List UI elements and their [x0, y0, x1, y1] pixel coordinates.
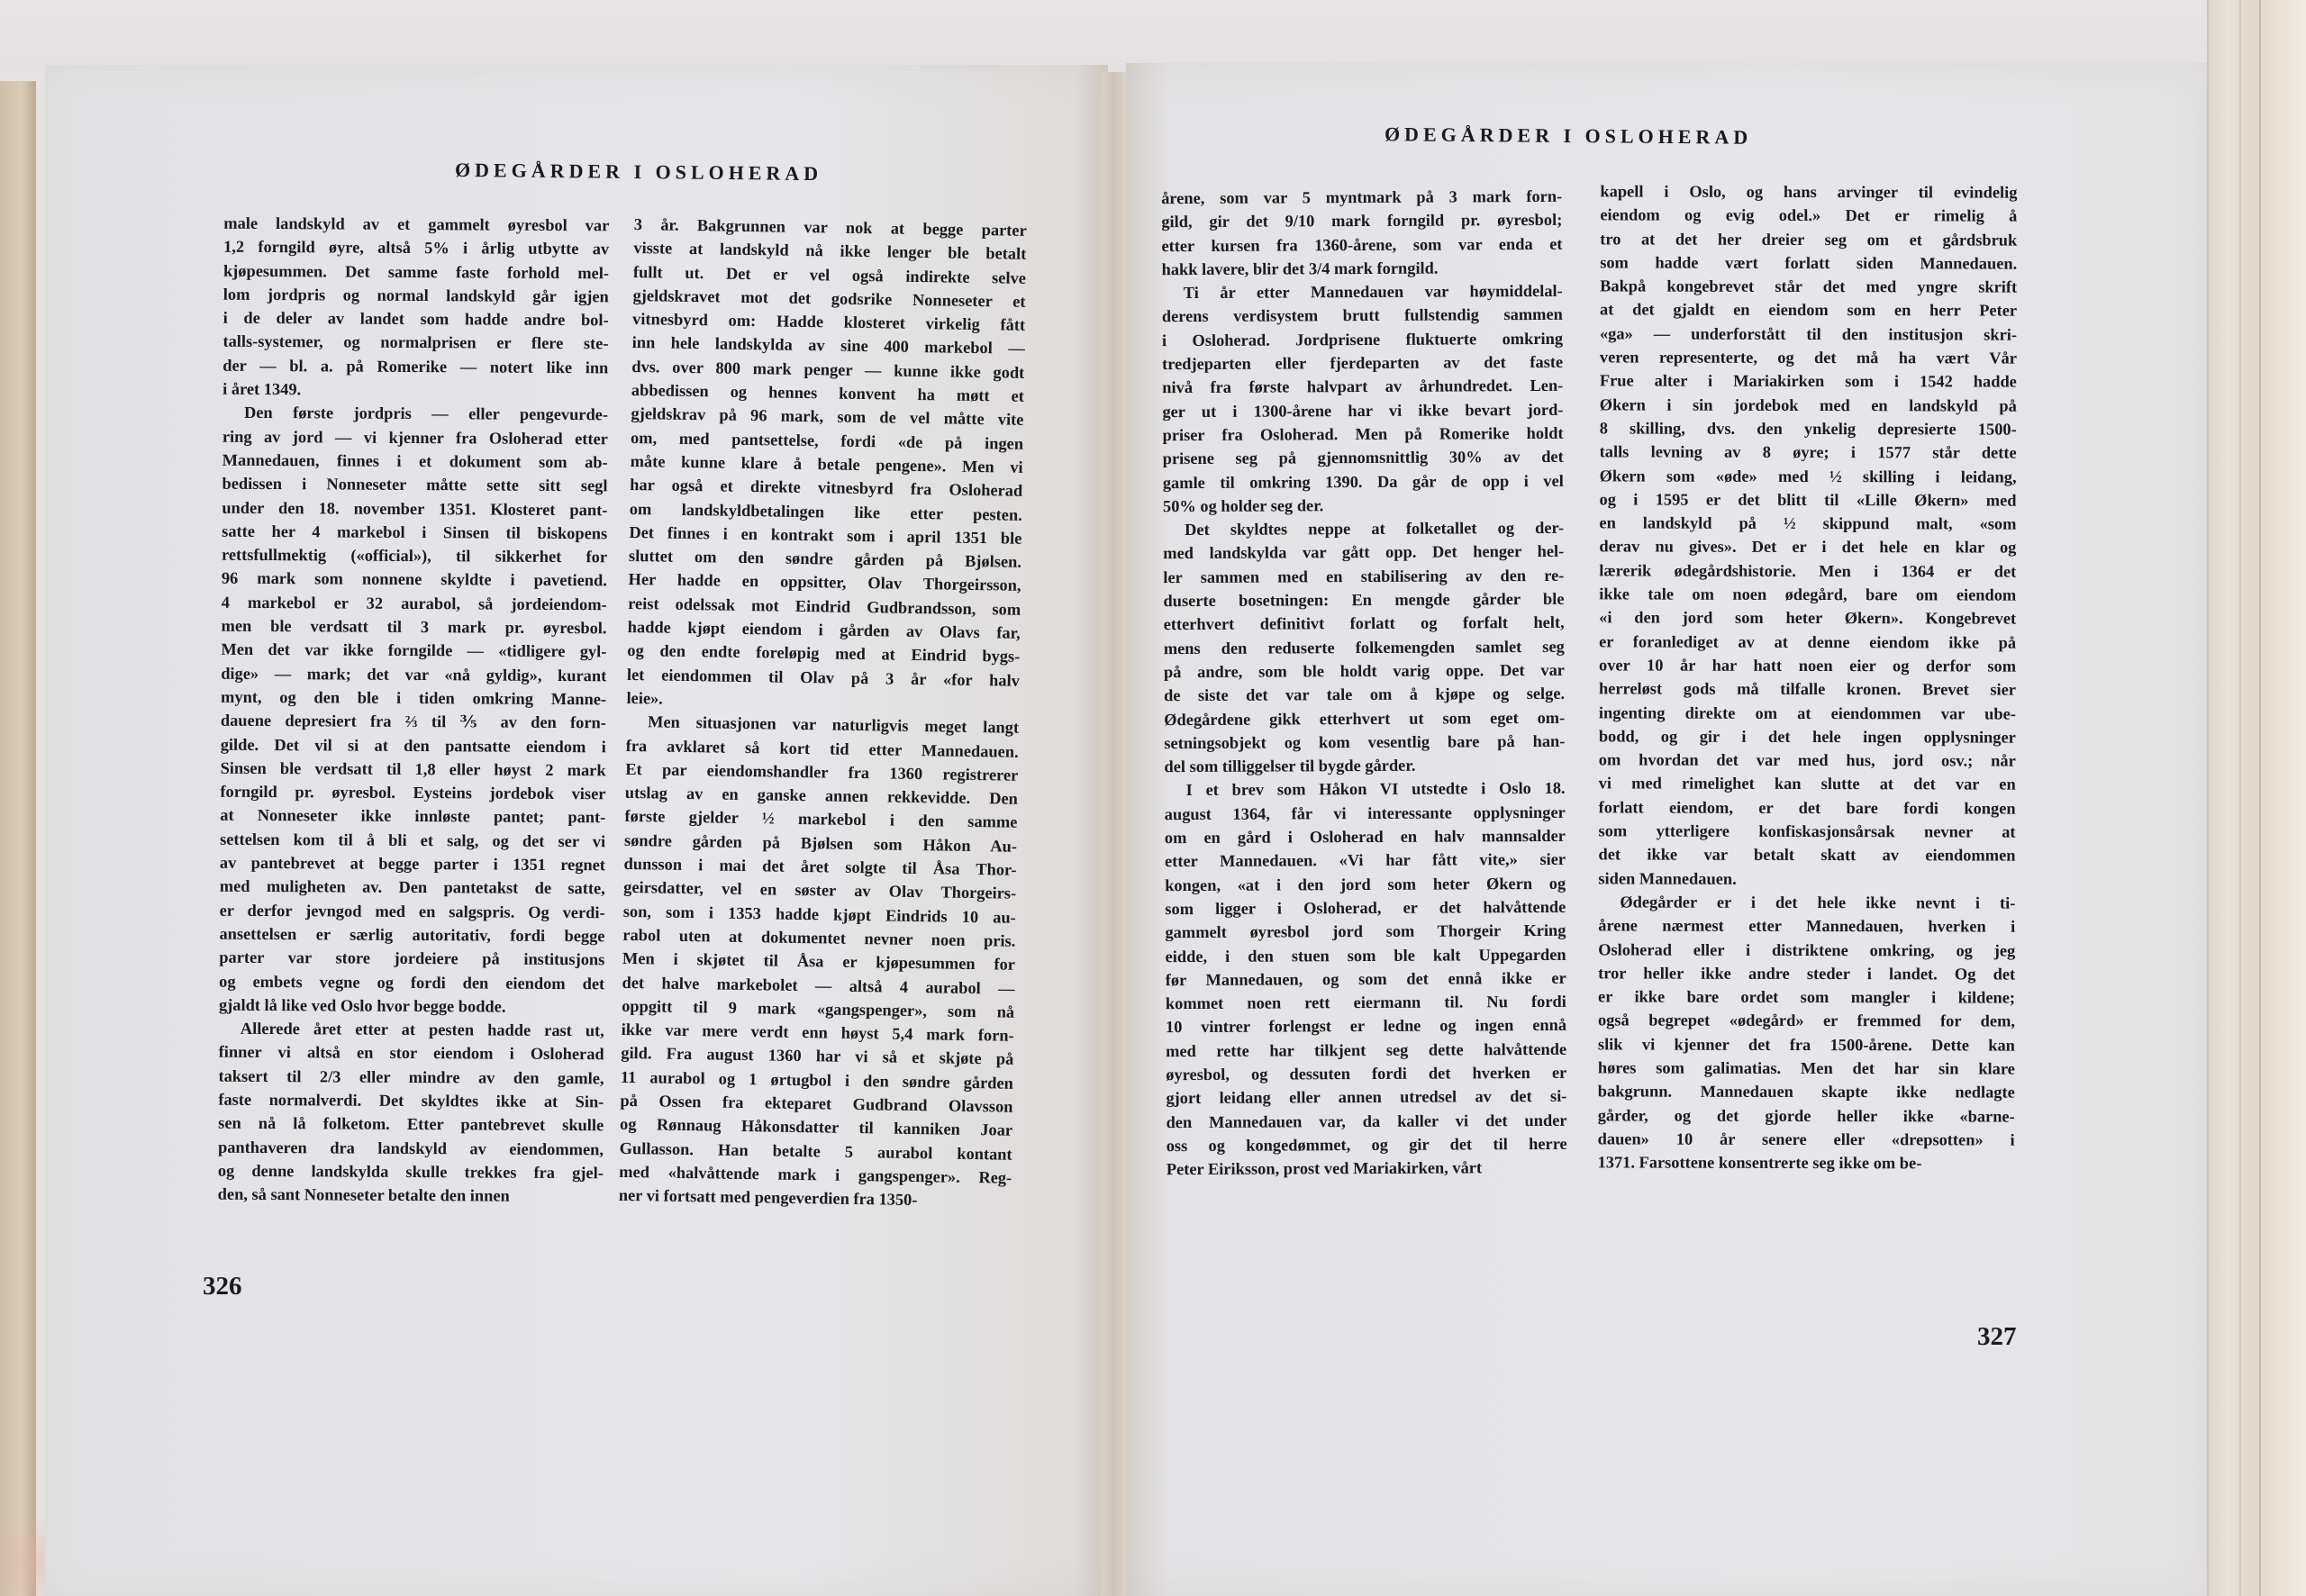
- text-line: årene, som var 5 myntmark på 3 mark forn…: [1161, 185, 1562, 211]
- text-line: lom jordpris og normal landskyld går igj…: [223, 283, 609, 309]
- text-line: Peter Eiriksson, prost ved Mariakirken, …: [1167, 1156, 1567, 1182]
- text-line: dauene depresiert fra ⅔ til ⅗ av den for…: [221, 709, 606, 735]
- page-number-right: 327: [1977, 1322, 2017, 1352]
- paragraph: Ødegårder er i det hele ikke nevnt i ti-…: [1598, 890, 2016, 1175]
- text-line: tredjeparten eller fjerdeparten av det f…: [1162, 350, 1563, 376]
- text-line: Den første jordpris — eller pengevurde-: [222, 401, 608, 427]
- text-line: dauen» 10 år senere eller «drepsotten» i: [1598, 1127, 2015, 1152]
- text-line: i året 1349.: [222, 377, 608, 404]
- text-line: kapell i Oslo, og hans arvinger til evin…: [1600, 179, 2017, 204]
- text-line: siden Mannedauen.: [1598, 866, 2015, 892]
- text-line: forlatt eiendom, er det bare fordi konge…: [1599, 795, 2016, 821]
- text-line: som ligger i Osloherad, er det halvåtten…: [1165, 895, 1566, 921]
- text-line: over 10 år har hatt noen eier og derfor …: [1599, 653, 2016, 678]
- text-line: med rette har tilkjent seg dette halvått…: [1166, 1038, 1566, 1064]
- text-line: lærerik ødegårdshistorie. Men i 1364 er …: [1599, 558, 2016, 584]
- text-line: at det gjaldt en eiendom som en herr Pet…: [1600, 298, 2017, 323]
- text-line: satte her 4 markebol i Sinsen til biskop…: [222, 520, 607, 546]
- text-line: som hadde vært forlatt siden Mannedauen.: [1600, 250, 2017, 276]
- text-line: og embets vegne og fordi den eiendom det: [219, 969, 604, 995]
- paragraph: kapell i Oslo, og hans arvinger til evin…: [1598, 179, 2017, 891]
- text-line: august 1364, får vi interessante opplysn…: [1165, 801, 1566, 827]
- text-line: med muligheten av. Den pantetakst de sat…: [220, 875, 605, 901]
- text-line: veren representerte, og det må ha vært V…: [1600, 345, 2017, 370]
- text-line: Frue alter i Mariakirken som i 1542 hadd…: [1600, 369, 2017, 394]
- text-line: ingenting direkte om at eiendommen var u…: [1599, 701, 2016, 726]
- text-line: der — bl. a. på Romerike — notert like i…: [222, 353, 608, 379]
- book-edge-left: [0, 81, 36, 1596]
- paragraph: Allerede året etter at pesten hadde rast…: [218, 1017, 604, 1209]
- text-line: gamle til omkring 1390. Da går de opp i …: [1163, 468, 1564, 494]
- text-line: priser fra Osloherad. Men på Romerike ho…: [1162, 422, 1563, 448]
- text-line: slik vi kjenner det fra 1500-årene. Dett…: [1598, 1032, 2015, 1057]
- text-line: ansettelsen er særlig autoritativ, fordi…: [219, 922, 604, 948]
- text-line: Ti år etter Mannedauen var høymiddelal-: [1162, 279, 1563, 305]
- text-line: 8 skilling, dvs. den ynkelig depresierte…: [1600, 416, 2017, 441]
- text-line: bodd, og gir i det hele ingen opplysning…: [1599, 724, 2016, 749]
- text-line: 1,2 forngild øyre, altså 5% i årlig utby…: [223, 235, 609, 261]
- text-line: Økern som «øde» med ½ skilling i leidang…: [1600, 464, 2017, 489]
- text-line: med landskylda var gått opp. Det henger …: [1163, 540, 1564, 566]
- text-line: årene nærmest etter Mannedauen, hverken …: [1598, 914, 2015, 939]
- text-line: Mannedauen, finnes i et dokument som ab-: [222, 449, 608, 475]
- text-line: høres som galimatias. Men det har sin kl…: [1598, 1056, 2015, 1081]
- book-edge-right: [2207, 0, 2306, 1596]
- left-page-column-2: 3 år. Bakgrunnen var nok at begge parter…: [619, 213, 1027, 1213]
- text-line: derav nu gives». Det er i det hele en kl…: [1599, 535, 2016, 560]
- right-page-column-2: kapell i Oslo, og hans arvinger til evin…: [1598, 179, 2018, 1175]
- text-line: en landskyld på ½ skippund malt, «som: [1599, 512, 2016, 537]
- text-line: finner vi altså en stor eiendom i Oslohe…: [219, 1040, 604, 1066]
- text-line: I et brev som Håkon VI utstedte i Oslo 1…: [1165, 776, 1566, 803]
- paragraph: male landskyld av et gammelt øyresbol va…: [222, 212, 609, 404]
- text-line: men ble verdsatt til 3 mark pr. øyresbol…: [221, 614, 606, 640]
- text-line: mynt, og den ble i tiden omkring Manne-: [221, 685, 606, 712]
- text-line: male landskyld av et gammelt øyresbol va…: [223, 212, 609, 238]
- text-line: også begrepet «ødegård» er fremmed for d…: [1598, 1009, 2015, 1034]
- text-line: Osloherad eller i distriktene omkring, o…: [1598, 938, 2015, 963]
- text-line: duserte bosetningen: En mengde gårder bl…: [1163, 587, 1564, 613]
- text-line: gilde. Det vil si at den pantsatte eiend…: [221, 732, 606, 758]
- text-line: tror heller ikke andre steder i landet. …: [1598, 961, 2015, 986]
- text-line: oss og kongedømmet, og gir det til herre: [1167, 1132, 1567, 1158]
- text-line: det ikke var betalt skatt av eiendommen: [1598, 843, 2015, 868]
- paragraph: Det skyldtes neppe at folketallet og der…: [1163, 516, 1566, 779]
- text-line: Men det var ikke forngilde — «tidligere …: [221, 638, 606, 664]
- text-line: «ga» — underforstått til den institusjon…: [1600, 322, 2017, 347]
- left-page-column-1: male landskyld av et gammelt øyresbol va…: [218, 212, 610, 1209]
- text-line: 50% og holder seg der.: [1163, 493, 1564, 519]
- page-number-left: 326: [203, 1272, 242, 1301]
- text-line: er derfor jevngod med en salgspris. Og v…: [220, 898, 605, 924]
- text-line: før Mannedauen, og som det ennå ikke er: [1166, 966, 1566, 993]
- text-line: settelsen kom til å bli et salg, og det …: [220, 827, 605, 853]
- running-head-left: ØDEGÅRDER I OSLOHERAD: [455, 159, 822, 186]
- text-line: hakk lavere, blir det 3/4 mark forngild.: [1162, 256, 1563, 282]
- text-line: gjaldt lå like ved Oslo hvor begge bodde…: [219, 993, 604, 1019]
- text-line: bakgrunn. Mannedauen skapte ikke nedlagt…: [1598, 1080, 2015, 1105]
- text-line: de siste det var tale om å kjøpe og selg…: [1164, 682, 1565, 708]
- text-line: rettsfullmektig («official»), til sikker…: [222, 543, 607, 569]
- text-line: herreløst gods må tilfalle kronen. Breve…: [1599, 677, 2016, 703]
- text-line: setningsobjekt og kom vesentlig bare på …: [1164, 730, 1565, 756]
- text-line: Allerede året etter at pesten hadde rast…: [219, 1017, 604, 1043]
- text-line: at Nonneseter ikke innløste pantet; pant…: [220, 803, 605, 830]
- text-line: under den 18. november 1351. Klosteret p…: [222, 495, 607, 521]
- text-line: prisene seg på gjennomsnittlig 30% av de…: [1163, 445, 1564, 471]
- paragraph: I et brev som Håkon VI utstedte i Oslo 1…: [1165, 776, 1567, 1181]
- text-line: gårder, og det gjorde heller ikke «barne…: [1598, 1103, 2015, 1129]
- text-line: øyresbol, og dessuten fordi det hverken …: [1166, 1061, 1566, 1087]
- text-line: del som tilliggelser til bygde gårder.: [1164, 753, 1565, 779]
- text-line: av pantebrevet at begge parter i 1351 re…: [220, 851, 605, 877]
- text-line: sen nå lå folketom. Etter pantebrevet sk…: [218, 1111, 604, 1138]
- text-line: bedissen i Nonneseter måtte sette sitt s…: [222, 472, 607, 498]
- text-line: talls levning av 8 øyre; i 1577 står det…: [1600, 440, 2017, 466]
- book-gutter: [1101, 72, 1128, 1596]
- text-line: 1371. Farsottene konsentrerte seg ikke o…: [1598, 1151, 2015, 1176]
- paragraph: Den første jordpris — eller pengevurde-r…: [219, 401, 608, 1019]
- text-line: 4 markebol er 32 aurabol, så jordeiendom…: [222, 590, 607, 616]
- text-line: gild, gir det 9/10 mark forngild pr. øyr…: [1161, 208, 1562, 234]
- text-line: kongen, «at i den jord som heter Økern o…: [1165, 871, 1566, 897]
- text-line: den, så sant Nonneseter betalte den inne…: [218, 1183, 604, 1209]
- text-line: om en gård i Osloherad en halv mannsalde…: [1165, 824, 1566, 850]
- text-line: og i 1595 er det blitt til «Lille Økern»…: [1599, 487, 2016, 512]
- text-line: taksert til 2/3 eller mindre av den gaml…: [218, 1064, 604, 1090]
- text-line: i Osloherad. Jordprisene fluktuerte omkr…: [1162, 327, 1563, 353]
- text-line: i de deler av landet som hadde andre bol…: [223, 306, 609, 332]
- text-line: og denne landskylda skulle trekkes fra g…: [218, 1159, 604, 1185]
- text-line: Økern i sin jordebok med en landskyld på: [1600, 393, 2017, 418]
- text-line: Det skyldtes neppe at folketallet og der…: [1163, 516, 1564, 542]
- text-line: 10 vintrer forlengst er ledne og ingen e…: [1166, 1013, 1566, 1039]
- text-line: etter kursen fra 1360-årene, som var end…: [1161, 231, 1562, 258]
- text-line: gjort leidang eller annen utredsel av de…: [1166, 1084, 1566, 1111]
- text-line: faste normalverdi. Det skyldtes ikke at …: [218, 1088, 604, 1114]
- running-head-right: ØDEGÅRDER I OSLOHERAD: [1385, 122, 1752, 150]
- text-line: ger ut i 1300-årene har vi ikke bevart j…: [1162, 398, 1563, 424]
- text-line: som ytterligere konfiskasjonsårsak nevne…: [1599, 819, 2016, 844]
- text-line: vi med rimelighet kan slutte at det var …: [1599, 772, 2016, 797]
- text-line: er foranlediget av at denne eiendom ikke…: [1599, 630, 2016, 655]
- text-line: om hvordan det var med hus, jord osv.; n…: [1599, 748, 2016, 774]
- text-line: kjøpesummen. Det samme faste forhold mel…: [223, 258, 609, 285]
- text-line: Sinsen ble verdsatt til 1,8 eller høyst …: [221, 757, 606, 783]
- text-line: dige» — mark; det var «nå gyldig», kuran…: [221, 661, 606, 687]
- text-line: Ødegårder er i det hele ikke nevnt i ti-: [1598, 890, 2015, 915]
- text-line: panthaveren dra landskyld av eiendommen,: [218, 1135, 604, 1161]
- text-line: Bakpå kongebrevet står det med yngre skr…: [1600, 275, 2017, 300]
- right-page-column-1: årene, som var 5 myntmark på 3 mark forn…: [1161, 185, 1567, 1182]
- text-line: kommet noen rett eiermann til. Nu fordi: [1166, 990, 1566, 1016]
- backdrop: [0, 0, 2306, 72]
- text-line: 96 mark som nonnene skyldte i pavetiend.: [222, 567, 607, 593]
- text-line: ler sammen med en stabilisering av den r…: [1163, 564, 1564, 590]
- paragraph: Ti år etter Mannedauen var høymiddelal-d…: [1162, 279, 1564, 518]
- paragraph: Men situasjonen var naturligvis meget la…: [619, 710, 1020, 1213]
- text-line: mens den reduserte folkemengden samlet s…: [1164, 634, 1565, 660]
- text-line: ring av jord — vi kjenner fra Osloherad …: [222, 424, 608, 450]
- text-line: etter Mannedauen. «Vi har fått vite,» si…: [1165, 848, 1566, 874]
- text-line: derens verdisystem brutt fullstendig sam…: [1162, 303, 1563, 329]
- text-line: nivå fra første halvpart av århundredet.…: [1162, 374, 1563, 400]
- text-line: Ødegårdene gikk etterhvert ut som eget o…: [1164, 705, 1565, 731]
- text-line: forngild pr. øyresbol. Eysteins jordebok…: [220, 780, 605, 806]
- text-line: etterhvert definitivt forlatt og forfalt…: [1164, 611, 1565, 637]
- text-line: talls-systemer, og normalprisen er flere…: [222, 330, 608, 356]
- text-line: eidde, i den stuen som ble kalt Uppegard…: [1166, 942, 1566, 968]
- text-line: på andre, som ble holdt varig oppe. Det …: [1164, 658, 1565, 685]
- text-line: «i den jord som heter Økern». Kongebreve…: [1599, 606, 2016, 631]
- text-line: eiendom og evig odel.» Det er rimelig å: [1600, 204, 2017, 229]
- text-line: den Mannedauen var, da kaller vi det und…: [1166, 1108, 1566, 1134]
- text-line: ikke tale om noen ødegård, bare om eiend…: [1599, 582, 2016, 607]
- text-line: er ikke bare ordet som mangler i kildene…: [1598, 984, 2015, 1010]
- paragraph: årene, som var 5 myntmark på 3 mark forn…: [1161, 185, 1563, 282]
- text-line: tro at det her dreier seg om et gårdsbru…: [1600, 227, 2017, 252]
- text-line: gammelt øyresbol jord som Thorgeir Kring: [1165, 919, 1566, 945]
- paragraph: 3 år. Bakgrunnen var nok at begge parter…: [626, 213, 1027, 716]
- text-line: parter var store jordeiere på institusjo…: [219, 946, 604, 972]
